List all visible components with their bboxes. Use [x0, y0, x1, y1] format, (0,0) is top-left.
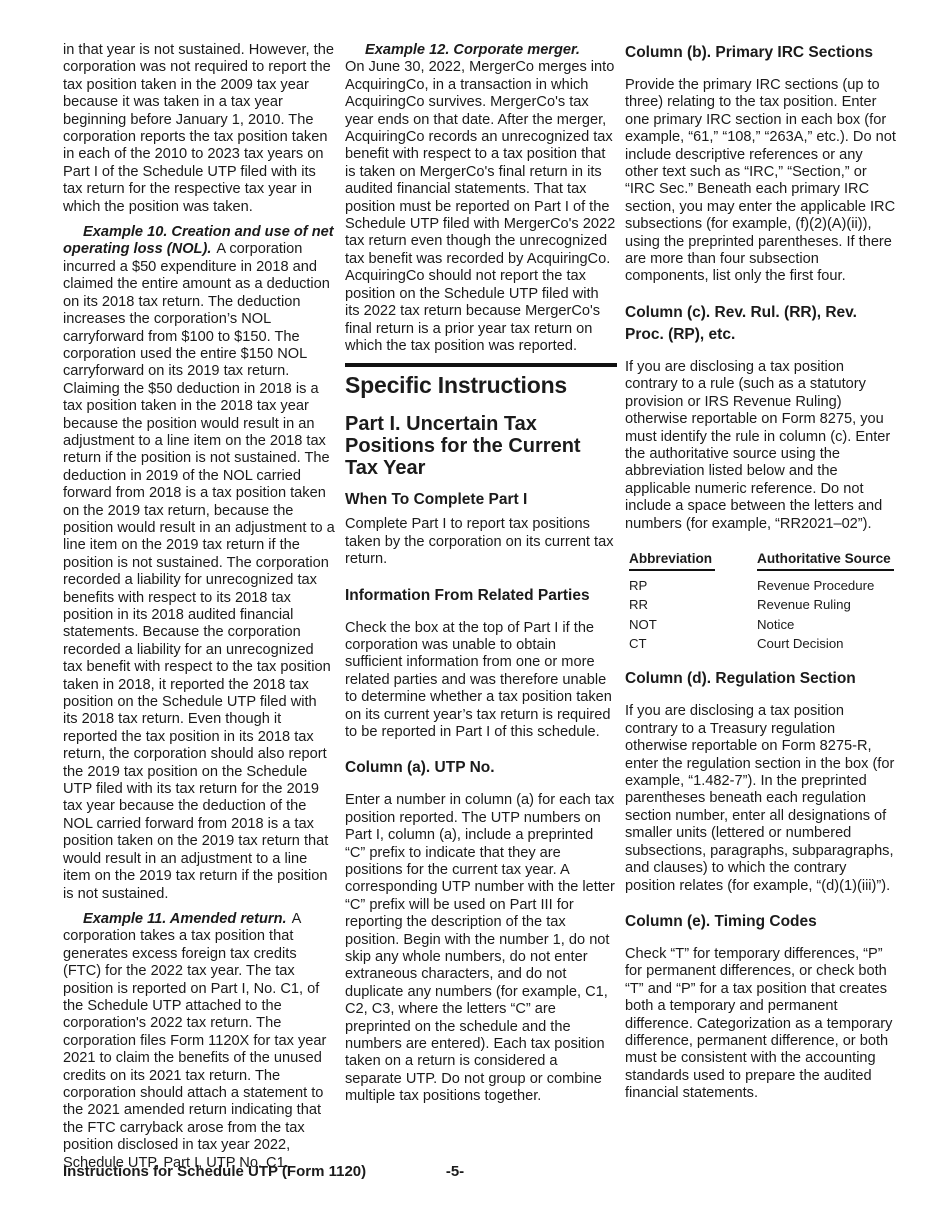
abbreviation-table: Abbreviation Authoritative Source RP Rev…: [629, 551, 897, 653]
example-12-body: On June 30, 2022, MergerCo merges into A…: [345, 59, 615, 354]
footer-title: Instructions for Schedule UTP (Form 1120…: [63, 1163, 366, 1180]
information-related-parties-heading: Information From Related Parties: [345, 585, 617, 607]
example-11-paragraph: Example 11. Amended return.A corporation…: [63, 911, 335, 1172]
when-to-complete-heading: When To Complete Part I: [345, 489, 617, 511]
column-middle: Example 12. Corporate merger.On June 30,…: [345, 42, 617, 1114]
table-cell-abbreviation: RP: [629, 578, 757, 594]
table-row: NOT Notice: [629, 617, 897, 633]
example-10-body: A corporation incurred a $50 expenditure…: [63, 241, 335, 901]
column-left: in that year is not sustained. However, …: [63, 42, 335, 1180]
column-b-paragraph: Provide the primary IRC sections (up to …: [625, 77, 897, 286]
table-header-abbreviation-label: Abbreviation: [629, 551, 715, 571]
document-page: in that year is not sustained. However, …: [0, 0, 950, 1230]
section-divider: [345, 363, 617, 367]
column-b-heading: Column (b). Primary IRC Sections: [625, 42, 897, 64]
example-11-body: A corporation takes a tax position that …: [63, 911, 326, 1171]
table-row: RP Revenue Procedure: [629, 578, 897, 594]
table-cell-source: Court Decision: [757, 636, 897, 652]
column-right: Column (b). Primary IRC Sections Provide…: [625, 42, 897, 1111]
column-e-heading: Column (e). Timing Codes: [625, 911, 897, 933]
example-12-lead: Example 12. Corporate merger.: [345, 42, 612, 59]
table-header-source-label: Authoritative Source: [757, 551, 894, 571]
information-related-parties-paragraph: Check the box at the top of Part I if th…: [345, 620, 617, 742]
table-row: RR Revenue Ruling: [629, 597, 897, 613]
table-cell-source: Revenue Procedure: [757, 578, 897, 594]
table-header-abbreviation: Abbreviation: [629, 551, 757, 571]
example-11-lead: Example 11. Amended return.: [83, 911, 287, 927]
table-cell-source: Notice: [757, 617, 897, 633]
table-cell-abbreviation: RR: [629, 597, 757, 613]
table-cell-source: Revenue Ruling: [757, 597, 897, 613]
example-10-paragraph: Example 10. Creation and use of net oper…: [63, 224, 335, 903]
example-12-paragraph: Example 12. Corporate merger.On June 30,…: [345, 42, 617, 355]
column-d-paragraph: If you are disclosing a tax position con…: [625, 703, 897, 894]
continuation-paragraph: in that year is not sustained. However, …: [63, 42, 335, 216]
part1-heading: Part I. Uncertain Tax Positions for the …: [345, 413, 617, 479]
column-a-paragraph: Enter a number in column (a) for each ta…: [345, 792, 617, 1105]
column-c-heading: Column (c). Rev. Rul. (RR), Rev. Proc. (…: [625, 302, 897, 346]
column-a-heading: Column (a). UTP No.: [345, 757, 617, 779]
table-header-source: Authoritative Source: [757, 551, 897, 571]
specific-instructions-heading: Specific Instructions: [345, 372, 617, 398]
table-cell-abbreviation: NOT: [629, 617, 757, 633]
column-d-heading: Column (d). Regulation Section: [625, 668, 897, 690]
abbreviation-table-header-row: Abbreviation Authoritative Source: [629, 551, 897, 571]
table-row: CT Court Decision: [629, 636, 897, 652]
when-to-complete-paragraph: Complete Part I to report tax positions …: [345, 516, 617, 568]
column-e-paragraph: Check “T” for temporary differences, “P”…: [625, 946, 897, 1103]
column-c-paragraph: If you are disclosing a tax position con…: [625, 359, 897, 533]
page-number: -5-: [405, 1163, 505, 1180]
table-cell-abbreviation: CT: [629, 636, 757, 652]
